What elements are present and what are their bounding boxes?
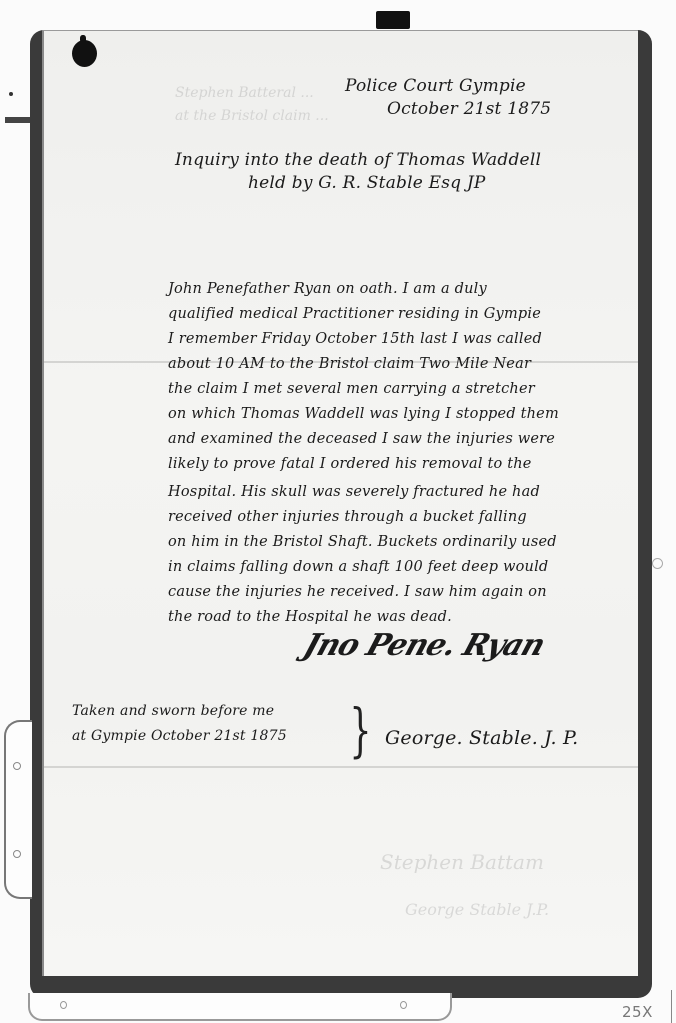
deposition-line: received other injuries through a bucket… <box>168 509 527 525</box>
clip-hole <box>60 1001 67 1009</box>
ink-blot <box>72 40 97 67</box>
inquiry-title: Inquiry into the death of Thomas Waddell <box>175 150 541 170</box>
deposition-line: John Penefather Ryan on oath. I am a dul… <box>168 281 487 297</box>
punch-hole <box>652 558 663 569</box>
inquiry-held-by: held by G. R. Stable Esq JP <box>248 173 485 193</box>
deposition-line: about 10 AM to the Bristol claim Two Mil… <box>168 356 531 372</box>
film-frame-label: 25X <box>622 1003 653 1021</box>
document-page <box>42 30 638 976</box>
deposition-date: October 21st 1875 <box>387 99 551 119</box>
attestation-line: Taken and sworn before me <box>72 703 274 719</box>
deposition-line: qualified medical Practitioner residing … <box>168 306 541 322</box>
bleedthrough-text: at the Bristol claim ... <box>175 108 329 124</box>
deposition-line: in claims falling down a shaft 100 feet … <box>168 559 548 575</box>
bleedthrough-text: Stephen Battam <box>380 850 544 874</box>
fold-line <box>44 766 638 768</box>
deposition-line: on him in the Bristol Shaft. Buckets ord… <box>168 534 557 550</box>
deposition-line: cause the injuries he received. I saw hi… <box>168 584 547 600</box>
court-heading: Police Court Gympie <box>345 76 526 96</box>
witness-signature: Jno Pene. Ryan <box>299 628 549 663</box>
deposition-line: the claim I met several men carrying a s… <box>168 381 535 397</box>
clip-hole <box>400 1001 407 1009</box>
clip-hole <box>13 762 21 770</box>
bleedthrough-text: Stephen Batteral ... <box>175 85 314 101</box>
justice-signature: George. Stable. J. P. <box>385 727 578 749</box>
attestation-brace: } <box>349 696 371 764</box>
deposition-line: likely to prove fatal I ordered his remo… <box>168 456 532 472</box>
attestation-line: at Gympie October 21st 1875 <box>72 728 287 744</box>
film-speck <box>9 92 13 96</box>
bottom-clip <box>28 993 452 1021</box>
film-edge <box>671 990 672 1023</box>
deposition-line: Hospital. His skull was severely fractur… <box>168 484 540 500</box>
deposition-line: on which Thomas Waddell was lying I stop… <box>168 406 559 422</box>
left-clip <box>4 720 32 899</box>
deposition-line: and examined the deceased I saw the inju… <box>168 431 555 447</box>
clip-hole <box>13 850 21 858</box>
bleedthrough-text: George Stable J.P. <box>405 900 549 919</box>
deposition-line: I remember Friday October 15th last I wa… <box>168 331 542 347</box>
film-tab-marker <box>376 11 410 29</box>
deposition-line: the road to the Hospital he was dead. <box>168 609 452 625</box>
